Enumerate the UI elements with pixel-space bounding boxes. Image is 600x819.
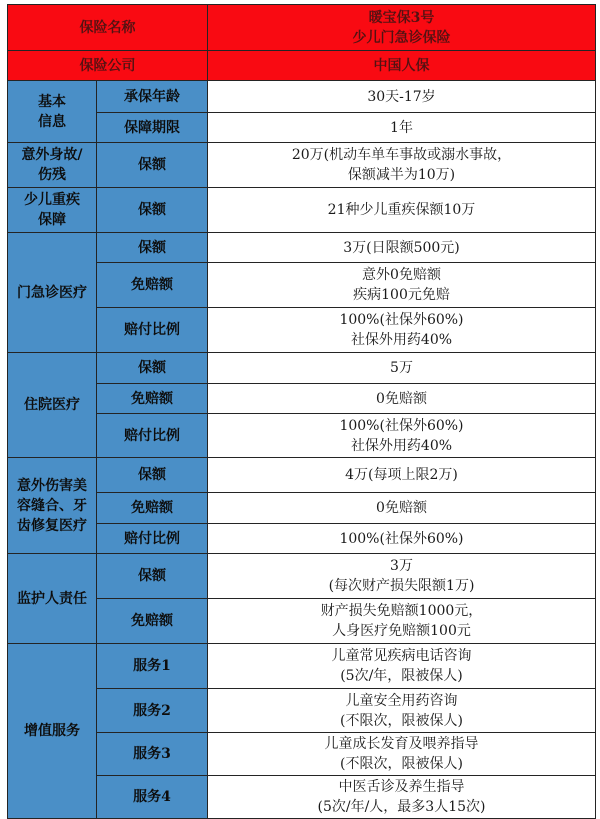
- table-row: 服务2 儿童安全用药咨询(不限次，限被保人): [8, 689, 596, 733]
- value-cell: 4万(每项上限2万): [208, 458, 596, 493]
- field-label-cell: 免赔额: [97, 263, 208, 308]
- table-row: 意外伤害美容缝合、牙齿修复医疗 保额 4万(每项上限2万): [8, 458, 596, 493]
- field-label-cell: 保额: [97, 143, 208, 188]
- field-label-cell: 赔付比例: [97, 308, 208, 353]
- product-name-label: 保险名称: [8, 5, 208, 51]
- value-cell: 100%(社保外60%): [208, 524, 596, 554]
- field-label-cell: 服务2: [97, 689, 208, 733]
- table-row: 免赔额 0免赔额: [8, 384, 596, 414]
- field-label-cell: 赔付比例: [97, 414, 208, 458]
- field-label-cell: 保额: [97, 233, 208, 263]
- value-cell: 儿童常见疾病电话咨询(5次/年，限被保人): [208, 644, 596, 689]
- table-row: 增值服务 服务1 儿童常见疾病电话咨询(5次/年，限被保人): [8, 644, 596, 689]
- category-cell-cosmetic-dental: 意外伤害美容缝合、牙齿修复医疗: [8, 458, 97, 554]
- table-row: 免赔额 意外0免赔额疾病100元免赔: [8, 263, 596, 308]
- value-cell: 3万(日限额500元): [208, 233, 596, 263]
- value-cell: 5万: [208, 353, 596, 384]
- table-row: 服务3 儿童成长发育及喂养指导(不限次，限被保人): [8, 733, 596, 776]
- table-row: 基本信息 承保年龄 30天-17岁: [8, 81, 596, 113]
- table-row: 免赔额 0免赔额: [8, 493, 596, 524]
- field-label-cell: 免赔额: [97, 384, 208, 414]
- value-cell: 中医舌诊及养生指导(5次/年/人，最多3人15次): [208, 776, 596, 819]
- category-cell-outpatient: 门急诊医疗: [8, 233, 97, 353]
- field-label-cell: 服务1: [97, 644, 208, 689]
- field-label-cell: 服务3: [97, 733, 208, 776]
- field-label-cell: 免赔额: [97, 493, 208, 524]
- table-row: 保障期限 1年: [8, 113, 596, 143]
- field-label-cell: 赔付比例: [97, 524, 208, 554]
- value-cell: 100%(社保外60%)社保外用药40%: [208, 414, 596, 458]
- table-row: 赔付比例 100%(社保外60%)社保外用药40%: [8, 308, 596, 353]
- value-cell: 100%(社保外60%)社保外用药40%: [208, 308, 596, 353]
- value-cell: 21种少儿重疾保额10万: [208, 188, 596, 233]
- field-label-cell: 保额: [97, 554, 208, 599]
- table-row-product-name: 保险名称 暖宝保3号少儿门急诊保险: [8, 5, 596, 51]
- table-row: 少儿重疾保障 保额 21种少儿重疾保额10万: [8, 188, 596, 233]
- table-row: 意外身故/伤残 保额 20万(机动车单车事故或溺水事故，保额减半为10万): [8, 143, 596, 188]
- category-cell-accident-death: 意外身故/伤残: [8, 143, 97, 188]
- field-label-cell: 保额: [97, 458, 208, 493]
- value-cell: 儿童安全用药咨询(不限次，限被保人): [208, 689, 596, 733]
- field-label-cell: 服务4: [97, 776, 208, 819]
- field-label-cell: 保额: [97, 353, 208, 384]
- table-row: 住院医疗 保额 5万: [8, 353, 596, 384]
- field-label-cell: 免赔额: [97, 599, 208, 644]
- category-cell-value-added-services: 增值服务: [8, 644, 97, 819]
- category-cell-basic-info: 基本信息: [8, 81, 97, 143]
- category-cell-guardian-liability: 监护人责任: [8, 554, 97, 644]
- insurance-info-table: 保险名称 暖宝保3号少儿门急诊保险 保险公司 中国人保 基本信息 承保年龄 30…: [7, 4, 596, 819]
- table-row-company: 保险公司 中国人保: [8, 51, 596, 81]
- category-cell-child-critical-illness: 少儿重疾保障: [8, 188, 97, 233]
- table-row: 赔付比例 100%(社保外60%): [8, 524, 596, 554]
- value-cell: 0免赔额: [208, 384, 596, 414]
- value-cell: 30天-17岁: [208, 81, 596, 113]
- table-row: 服务4 中医舌诊及养生指导(5次/年/人，最多3人15次): [8, 776, 596, 819]
- value-cell: 0免赔额: [208, 493, 596, 524]
- table-row: 免赔额 财产损失免赔额1000元，人身医疗免赔额100元: [8, 599, 596, 644]
- field-label-cell: 保障期限: [97, 113, 208, 143]
- company-value: 中国人保: [208, 51, 596, 81]
- table-row: 门急诊医疗 保额 3万(日限额500元): [8, 233, 596, 263]
- company-label: 保险公司: [8, 51, 208, 81]
- product-name-value: 暖宝保3号少儿门急诊保险: [208, 5, 596, 51]
- table-row: 监护人责任 保额 3万(每次财产损失限额1万): [8, 554, 596, 599]
- field-label-cell: 保额: [97, 188, 208, 233]
- table-row: 赔付比例 100%(社保外60%)社保外用药40%: [8, 414, 596, 458]
- value-cell: 1年: [208, 113, 596, 143]
- value-cell: 意外0免赔额疾病100元免赔: [208, 263, 596, 308]
- value-cell: 财产损失免赔额1000元，人身医疗免赔额100元: [208, 599, 596, 644]
- field-label-cell: 承保年龄: [97, 81, 208, 113]
- value-cell: 3万(每次财产损失限额1万): [208, 554, 596, 599]
- category-cell-hospitalization: 住院医疗: [8, 353, 97, 458]
- value-cell: 20万(机动车单车事故或溺水事故，保额减半为10万): [208, 143, 596, 188]
- value-cell: 儿童成长发育及喂养指导(不限次，限被保人): [208, 733, 596, 776]
